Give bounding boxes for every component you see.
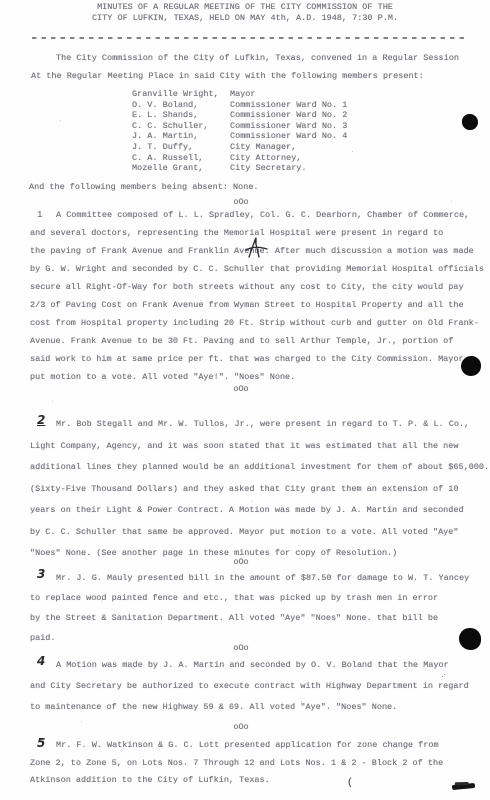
member-row: C. C. Schuller, Commissioner Ward No. 3: [132, 121, 347, 132]
paragraph-line: by the Street & Sanitation Department. A…: [30, 608, 475, 628]
minutes-paragraph-4: 4 A Motion was made by J. A. Martin and …: [30, 655, 475, 718]
scanned-minutes-page: MINUTES OF A REGULAR MEETING OF THE CITY…: [0, 0, 490, 800]
paragraph-line: Avenue. Frank Avenue to be 30 Ft. Paving…: [30, 332, 475, 350]
punch-hole: [462, 114, 478, 130]
paragraph-line: Zone 2, to Zone 5, on Lots Nos. 7 Throug…: [30, 755, 475, 773]
member-title: City Attorney,: [230, 153, 301, 164]
member-title: Commissioner Ward No. 4: [230, 131, 347, 142]
member-title: City Manager,: [230, 142, 296, 153]
member-row: J. A. Martin, Commissioner Ward No. 4: [132, 131, 347, 142]
member-title: City Secretary.: [230, 163, 307, 174]
title-line-2: CITY OF LUFKIN, TEXAS, HELD ON MAY 4th, …: [0, 13, 490, 24]
paragraph-number: 1: [37, 208, 42, 222]
paragraph-line: cost from Hospital property including 20…: [30, 314, 475, 332]
member-name: Granville Wright,: [132, 89, 230, 100]
paren-mark: (: [347, 778, 353, 789]
intro-paragraph: The City Commission of the City of Lufki…: [31, 49, 476, 85]
paragraph-line: Mr. F. W. Watkinson & G. C. Lott present…: [30, 737, 475, 755]
paragraph-line: A Motion was made by J. A. Martin and se…: [30, 655, 475, 676]
paragraph-line: by C. C. Schuller that same be approved.…: [30, 522, 475, 544]
paragraph-line: to replace wood painted fence and etc., …: [30, 588, 475, 608]
paragraph-number: 4: [37, 654, 45, 668]
member-name: J. A. Martin,: [132, 131, 230, 142]
minutes-paragraph-3: 3 Mr. J. G. Mauly presented bill in the …: [30, 568, 475, 648]
paragraph-number: 3: [37, 567, 45, 581]
member-row: J. T. Duffy, City Manager,: [132, 142, 347, 153]
member-name: Mozelle Grant,: [132, 163, 230, 174]
member-row: Granville Wright, Mayor: [132, 89, 347, 100]
paragraph-line: Mr. Bob Stegall and Mr. W. Tullos, Jr., …: [30, 414, 475, 436]
paragraph-line: said work to him at same price per ft. t…: [30, 350, 475, 368]
paragraph-line: (Sixty-Five Thousand Dollars) and they a…: [30, 479, 475, 501]
punch-hole: [461, 356, 481, 376]
paragraph-number: 5: [37, 736, 45, 750]
paragraph-line: additional lines they planned would be a…: [30, 457, 475, 479]
intro-line-1: The City Commission of the City of Lufki…: [31, 49, 476, 67]
member-name: O. V. Boland,: [132, 100, 230, 111]
member-title: Commissioner Ward No. 1: [230, 100, 347, 111]
title-line-1: MINUTES OF A REGULAR MEETING OF THE CITY…: [0, 2, 490, 13]
member-title: Commissioner Ward No. 2: [230, 110, 347, 121]
member-title: Commissioner Ward No. 3: [230, 121, 347, 132]
minutes-paragraph-1: 1 A Committee composed of L. L. Spradley…: [30, 206, 475, 386]
paragraph-line: Atkinson addition to the City of Lufkin,…: [30, 772, 475, 790]
punch-hole: [459, 628, 481, 650]
intro-line-2: At the Regular Meeting Place in said Cit…: [31, 67, 476, 85]
minutes-paragraph-5: 5 Mr. F. W. Watkinson & G. C. Lott prese…: [30, 737, 475, 790]
section-separator: oOo: [0, 383, 482, 395]
member-row: E. L. Shands, Commissioner Ward No. 2: [132, 110, 347, 121]
handwritten-correction-mark: [243, 237, 273, 261]
member-name: E. L. Shands,: [132, 110, 230, 121]
minutes-paragraph-2: 2 Mr. Bob Stegall and Mr. W. Tullos, Jr.…: [30, 414, 475, 565]
members-list: Granville Wright, Mayor O. V. Boland, Co…: [132, 89, 347, 174]
document-title: MINUTES OF A REGULAR MEETING OF THE CITY…: [0, 2, 490, 24]
paragraph-line: 2/3 of Paving Cost on Frank Avenue from …: [30, 296, 475, 314]
member-title: Mayor: [230, 89, 256, 100]
member-name: J. T. Duffy,: [132, 142, 230, 153]
member-name: C. C. Schuller,: [132, 121, 230, 132]
member-row: Mozelle Grant, City Secretary.: [132, 163, 347, 174]
dashed-divider: [32, 37, 466, 39]
paragraph-line: A Committee composed of L. L. Spradley, …: [30, 206, 475, 224]
section-separator: oOo: [0, 642, 482, 654]
paragraph-line: Mr. J. G. Mauly presented bill in the am…: [30, 568, 475, 588]
member-row: C. A. Russell, City Attorney,: [132, 153, 347, 164]
member-row: O. V. Boland, Commissioner Ward No. 1: [132, 100, 347, 111]
absent-line: And the following members being absent: …: [29, 180, 259, 194]
paragraph-line: to maintenance of the new Highway 59 & 6…: [30, 697, 475, 718]
member-name: C. A. Russell,: [132, 153, 230, 164]
paragraph-number: 2: [37, 413, 45, 427]
paragraph-line: by G. W. Wright and seconded by C. C. Sc…: [30, 260, 475, 278]
paragraph-line: secure all Right-Of-Way for both streets…: [30, 278, 475, 296]
scan-speckles: [0, 0, 1, 1]
section-separator: oOo: [0, 721, 482, 733]
paragraph-line: and City Secretary be authorized to exec…: [30, 676, 475, 697]
section-separator: oOo: [0, 556, 482, 568]
paragraph-line: years on their Light & Power Contract. A…: [30, 500, 475, 522]
paragraph-line: Light Company, Agency, and it was soon s…: [30, 436, 475, 458]
